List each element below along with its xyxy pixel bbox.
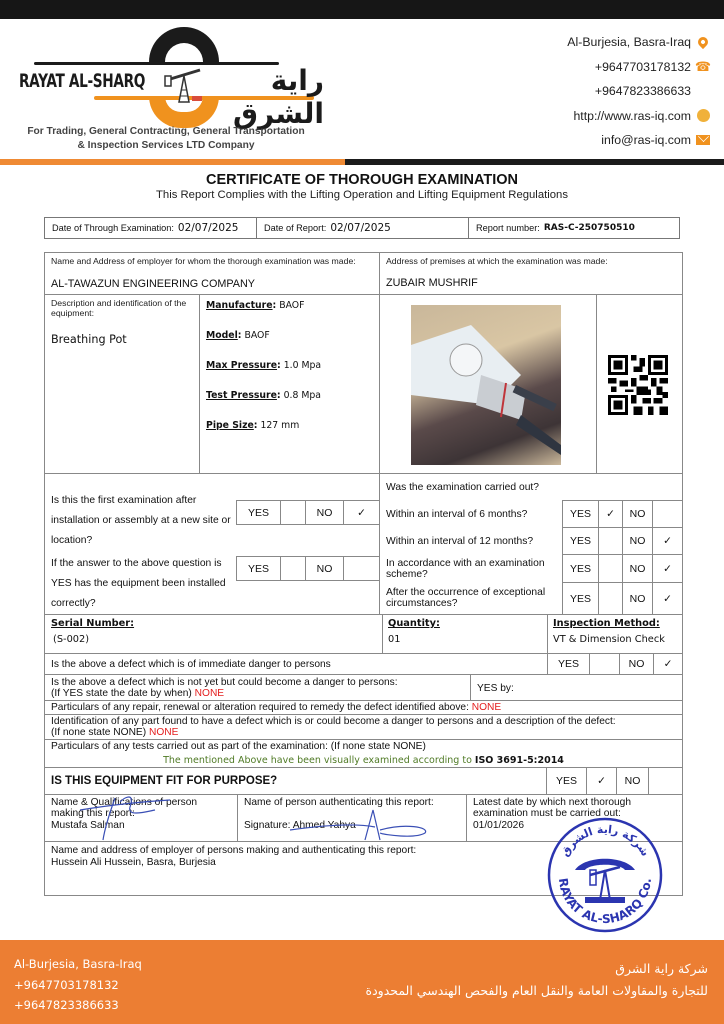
top-bar [0,0,724,19]
certificate-title: CERTIFICATE OF THOROUGH EXAMINATION [0,172,724,188]
repair-label: Particulars of any repair, renewal or al… [51,702,469,713]
quantity-cell: Quantity: 01 [382,614,548,654]
premises-cell: Address of premises at which the examina… [379,252,683,295]
report-number-cell: Report number:RAS-C-250750510 [469,218,679,238]
yes-by-label: YES by: [477,683,514,694]
phone-text: +9647703178132 [595,60,691,74]
premises-label: Address of premises at which the examina… [386,256,608,266]
contact-phone-1: +9647703178132☎ [567,55,710,80]
report-number-value: RAS-C-250750510 [544,223,635,233]
yes-checkbox[interactable] [281,501,306,524]
scheme-question: In accordance with an examination scheme… [386,558,561,580]
interval-6-answer: YES ✓ NO [562,500,683,528]
serial-cell: Serial Number: (S-002) [44,614,383,654]
exam-date-label: Date of Through Examination: [52,223,174,233]
signature-ahmed [285,805,435,845]
interval-6-question: Within an interval of 6 months? [386,505,527,525]
spec-key: Manufacture [206,300,273,311]
method-label: Inspection Method: [553,618,660,629]
footer-ar-line-2: للتجارة والمقاولات العامة والنقل العام و… [366,980,708,1002]
installed-question: If the answer to the above question is Y… [51,554,236,614]
no-label: NO [620,654,654,674]
phone-icon: ☎ [696,60,710,74]
tests-standard: ISO 3691-5:2014 [475,755,564,766]
email-link[interactable]: info@ras-iq.com [601,133,691,147]
fit-question: IS THIS EQUIPMENT FIT FOR PURPOSE? [51,775,277,787]
tests-row: Particulars of any tests carried out as … [44,739,683,768]
repair-text: Particulars of any repair, renewal or al… [51,702,501,713]
spacer [696,84,710,98]
no-label: NO [623,501,653,527]
qr-code[interactable] [608,355,668,415]
yes-label: YES [548,654,590,674]
future-danger-note: (If YES state the date by when) NONE [51,688,224,699]
repair-value: NONE [472,702,501,713]
no-label: NO [623,528,653,554]
carried-out-heading: Was the examination carried out? [386,478,539,498]
no-checkbox[interactable] [649,768,682,794]
equipment-photo [411,305,561,465]
future-danger-hint: (If YES state the date by when) [51,688,192,699]
signature-mustafa [75,792,185,842]
no-label: NO [617,768,649,794]
spec-key: Test Pressure [206,390,277,401]
gear-icon [149,27,219,65]
contact-email[interactable]: info@ras-iq.com [567,128,710,153]
spec-value: 0.8 Mpa [281,390,321,401]
equipment-description-cell: Description and identification of the eq… [44,294,200,474]
oil-pump-icon [164,68,204,104]
address-text: Al-Burjesia, Basra-Iraq [567,35,691,49]
tests-note-text: The mentioned Above have been visually e… [163,755,472,766]
logo-text-ar: راية الشرق [208,64,324,130]
first-exam-question: Is this the first examination after inst… [51,491,236,551]
equipment-value: Breathing Pot [51,333,127,346]
first-exam-answer: YES NO ✓ [236,500,380,525]
company-logo: RAYAT AL-SHARQ راية الشرق [14,24,324,119]
yes-checkbox[interactable]: ✓ [587,768,617,794]
no-checkbox[interactable]: ✓ [654,654,682,674]
logo-text-en: RAYAT AL-SHARQ [19,70,145,92]
contact-info: Al-Burjesia, Basra-Iraq +9647703178132☎ … [567,30,710,153]
yes-label: YES [563,583,599,614]
repair-row: Particulars of any repair, renewal or al… [44,700,683,715]
yes-label: YES [547,768,587,794]
employer-persons-label: Name and address of employer of persons … [51,845,416,856]
yes-checkbox[interactable] [599,583,623,614]
no-label: NO [623,555,653,582]
tests-label: Particulars of any tests carried out as … [51,741,426,752]
tests-note: The mentioned Above have been visually e… [45,755,682,766]
no-checkbox[interactable]: ✓ [653,528,682,554]
quantity-value: 01 [388,634,400,645]
employer-cell: Name and Address of employer for whom th… [44,252,380,295]
footer: Al-Burjesia, Basra-Iraq +9647703178132 +… [0,940,724,1024]
spec-max-pressure: Max Pressure: 1.0 Mpa [206,360,321,371]
spec-value: BAOF [242,330,270,341]
date-row: Date of Through Examination:02/07/2025 D… [44,217,680,239]
spec-model: Model: BAOF [206,330,270,341]
yes-label: YES [563,501,599,527]
equipment-label: Description and identification of the eq… [51,298,196,318]
report-date-label: Date of Report: [264,223,326,233]
contact-phone-2: +9647823386633 [567,79,710,104]
defect-part-hint: (If none state NONE) [51,727,146,738]
yes-checkbox[interactable]: ✓ [599,501,623,527]
future-danger-question: Is the above a defect which is not yet b… [51,677,398,688]
employer-persons-value: Hussein Ali Hussein, Basra, Burjesia [51,857,216,868]
contact-address: Al-Burjesia, Basra-Iraq [567,30,710,55]
report-number-label: Report number: [476,223,540,233]
serial-label: Serial Number: [51,618,134,629]
equipment-specs-cell: Manufacture: BAOF Model: BAOF Max Pressu… [199,294,380,474]
spec-value: BAOF [276,300,304,311]
footer-phone-2: +9647823386633 [14,995,142,1016]
footer-company-ar: شركة راية الشرق للتجارة والمقاولات العام… [366,958,708,1002]
installed-answer: YES NO [236,556,380,581]
footer-ar-line-1: شركة راية الشرق [366,958,708,980]
yes-label: YES [563,528,599,554]
no-checkbox[interactable]: ✓ [344,501,379,524]
first-exam-section: Is this the first examination after inst… [44,473,380,615]
yes-checkbox[interactable] [599,555,623,582]
spec-manufacture: Manufacture: BAOF [206,300,304,311]
footer-contact: Al-Burjesia, Basra-Iraq +9647703178132 +… [14,954,142,1016]
website-link[interactable]: http://www.ras-iq.com [573,109,691,123]
defect-part-label: Identification of any part found to have… [51,716,616,727]
company-tagline: For Trading, General Contracting, Genera… [18,125,314,153]
no-label: NO [306,501,344,524]
yes-checkbox[interactable] [590,654,620,674]
fit-answer: YES ✓ NO [546,767,683,795]
certificate-subtitle: This Report Complies with the Lifting Op… [0,189,724,201]
defect-part-row: Identification of any part found to have… [44,714,683,740]
yes-checkbox[interactable] [281,557,306,580]
spec-test-pressure: Test Pressure: 0.8 Mpa [206,390,321,401]
footer-address: Al-Burjesia, Basra-Iraq [14,954,142,975]
no-checkbox[interactable] [344,557,379,580]
location-pin-icon [696,35,710,49]
scheme-answer: YES NO ✓ [562,554,683,583]
no-label: NO [623,583,653,614]
spec-key: Pipe Size [206,420,254,431]
report-date-cell: Date of Report:02/07/2025 [257,218,469,238]
next-exam-value: 01/01/2026 [473,820,524,831]
yes-label: YES [237,557,281,580]
yes-label: YES [563,555,599,582]
header-separator-orange [0,159,345,165]
immediate-danger-answer: YES NO ✓ [547,653,683,675]
employer-value: AL-TAWAZUN ENGINEERING COMPANY [51,278,255,290]
contact-website[interactable]: http://www.ras-iq.com [567,104,710,129]
exceptional-answer: YES NO ✓ [562,582,683,615]
employer-label: Name and Address of employer for whom th… [51,256,371,266]
globe-icon [696,109,710,123]
premises-value: ZUBAIR MUSHRIF [386,277,478,289]
no-label: NO [306,557,344,580]
quantity-label: Quantity: [388,618,440,629]
tagline-line-2: & Inspection Services LTD Company [18,139,314,153]
spec-pipe-size: Pipe Size: 127 mm [206,420,299,431]
yes-checkbox[interactable] [599,528,623,554]
header-separator-black [345,159,724,165]
footer-phone-1: +9647703178132 [14,975,142,996]
method-value: VT & Dimension Check [553,634,665,645]
mail-icon [696,133,710,147]
no-checkbox[interactable] [653,501,682,527]
tagline-line-1: For Trading, General Contracting, Genera… [18,125,314,139]
company-stamp: شركة راية الشرق RAYAT AL-SHARQ Co. [545,815,665,935]
spec-key: Model [206,330,238,341]
exam-date-cell: Date of Through Examination:02/07/2025 [45,218,257,238]
yes-by-cell: YES by: [470,674,683,701]
interval-12-question: Within an interval of 12 months? [386,532,533,552]
spec-value: 127 mm [258,420,300,431]
phone-text: +9647823386633 [595,84,691,98]
spec-value: 1.0 Mpa [281,360,321,371]
defect-part-value: NONE [149,727,178,738]
no-checkbox[interactable]: ✓ [653,555,682,582]
report-date-value: 02/07/2025 [330,222,391,234]
yes-label: YES [237,501,281,524]
defect-part-note: (If none state NONE) NONE [51,727,178,738]
serial-value: (S-002) [53,634,89,645]
future-danger-value: NONE [195,688,224,699]
interval-12-answer: YES NO ✓ [562,527,683,555]
spec-key: Max Pressure [206,360,277,371]
exceptional-question: After the occurrence of exceptional circ… [386,587,561,609]
inspection-method-cell: Inspection Method: VT & Dimension Check [547,614,683,654]
immediate-danger-question: Is the above a defect which is of immedi… [51,659,331,670]
exam-date-value: 02/07/2025 [178,222,239,234]
no-checkbox[interactable]: ✓ [653,583,682,614]
